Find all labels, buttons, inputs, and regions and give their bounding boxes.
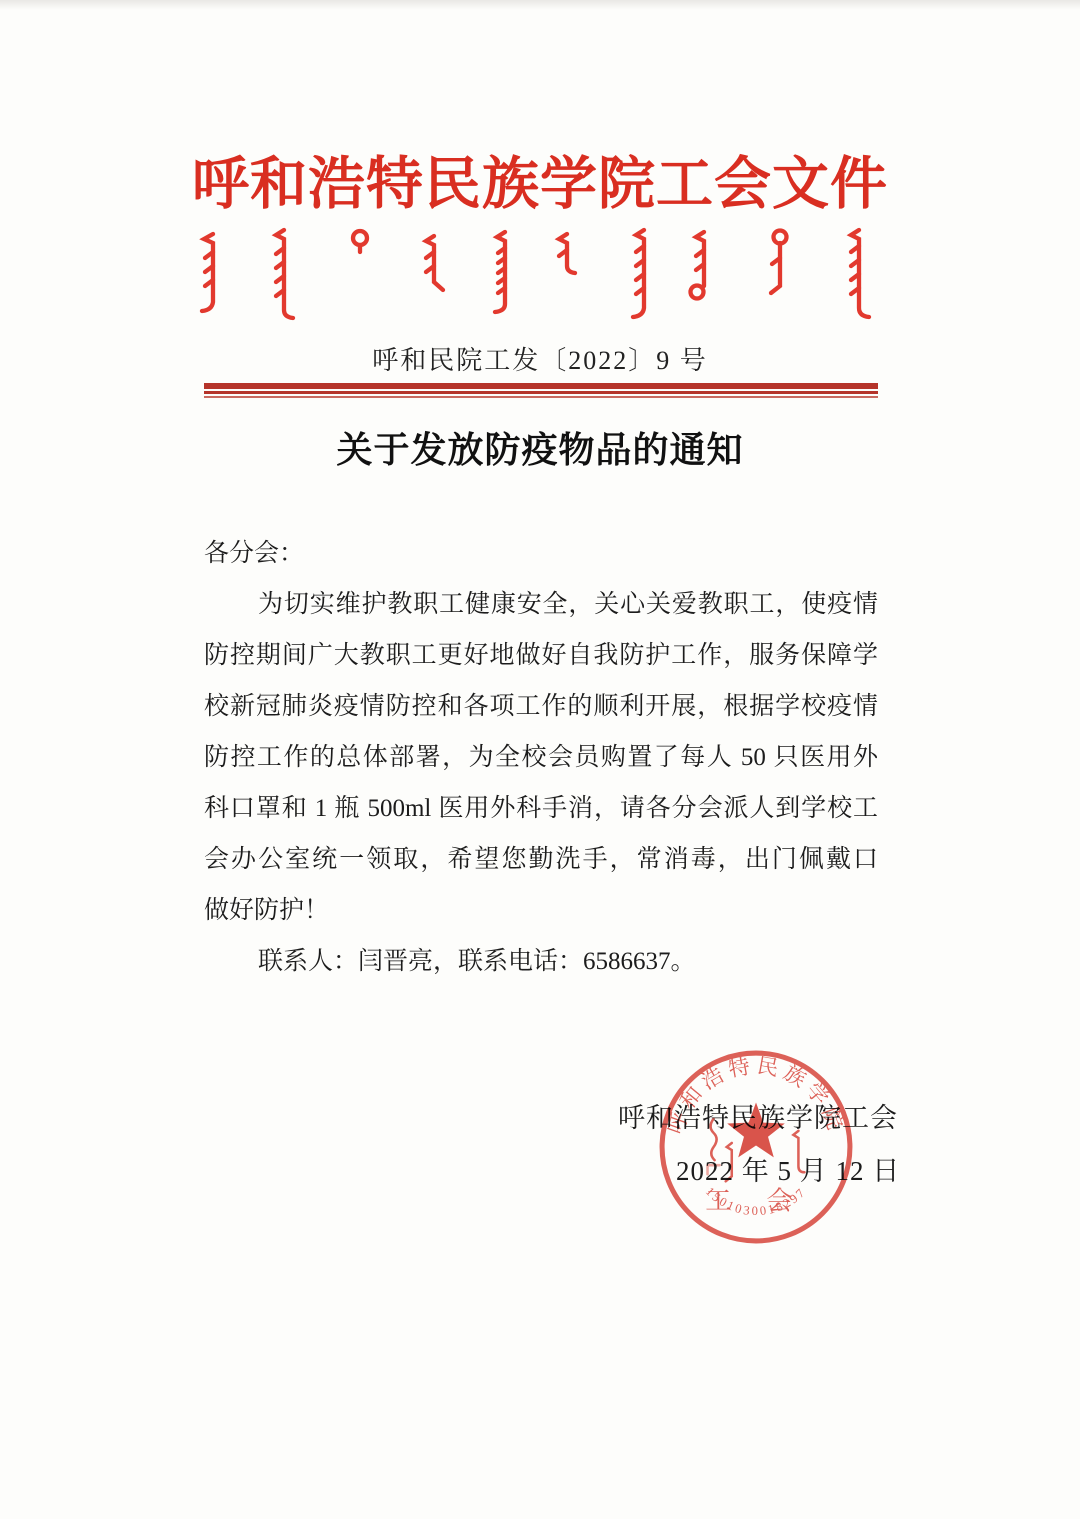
- notice-body: 各分会： 为切实维护教职工健康安全，关心关爱教职工，使疫情 防控期间广大教职工更…: [204, 528, 878, 987]
- body-line: 防控期间广大教职工更好地做好自我防护工作，服务保障学: [204, 630, 878, 681]
- masthead-title: 呼和浩特民族学院工会文件: [0, 138, 1080, 220]
- official-seal: 呼和浩特民族学院 工 会 1501030018297: [655, 1046, 857, 1248]
- body-line: 科口罩和 1 瓶 500ml 医用外科手消，请各分会派人到学校工: [204, 783, 878, 834]
- salutation: 各分会：: [204, 528, 878, 579]
- scan-edge-shading: [0, 0, 1080, 10]
- body-line: 做好防护！: [204, 885, 878, 936]
- red-rule: [204, 383, 878, 398]
- body-line: 防控工作的总体部署，为全校会员购置了每人 50 只医用外: [204, 732, 878, 783]
- body-line: 校新冠肺炎疫情防控和各项工作的顺利开展，根据学校疫情: [204, 681, 878, 732]
- body-line: 会办公室统一领取，希望您勤洗手，常消毒，出门佩戴口罩，: [204, 834, 878, 885]
- mongolian-script-row: [180, 222, 900, 332]
- body-line: 为切实维护教职工健康安全，关心关爱教职工，使疫情: [204, 579, 878, 630]
- star-icon: [727, 1103, 785, 1158]
- notice-title: 关于发放防疫物品的通知: [0, 422, 1080, 473]
- mongolian-script-svg: [180, 222, 900, 332]
- contact-line: 联系人：闫晋亮，联系电话：6586637。: [204, 936, 878, 987]
- document-number: 呼和民院工发〔2022〕9 号: [0, 340, 1080, 377]
